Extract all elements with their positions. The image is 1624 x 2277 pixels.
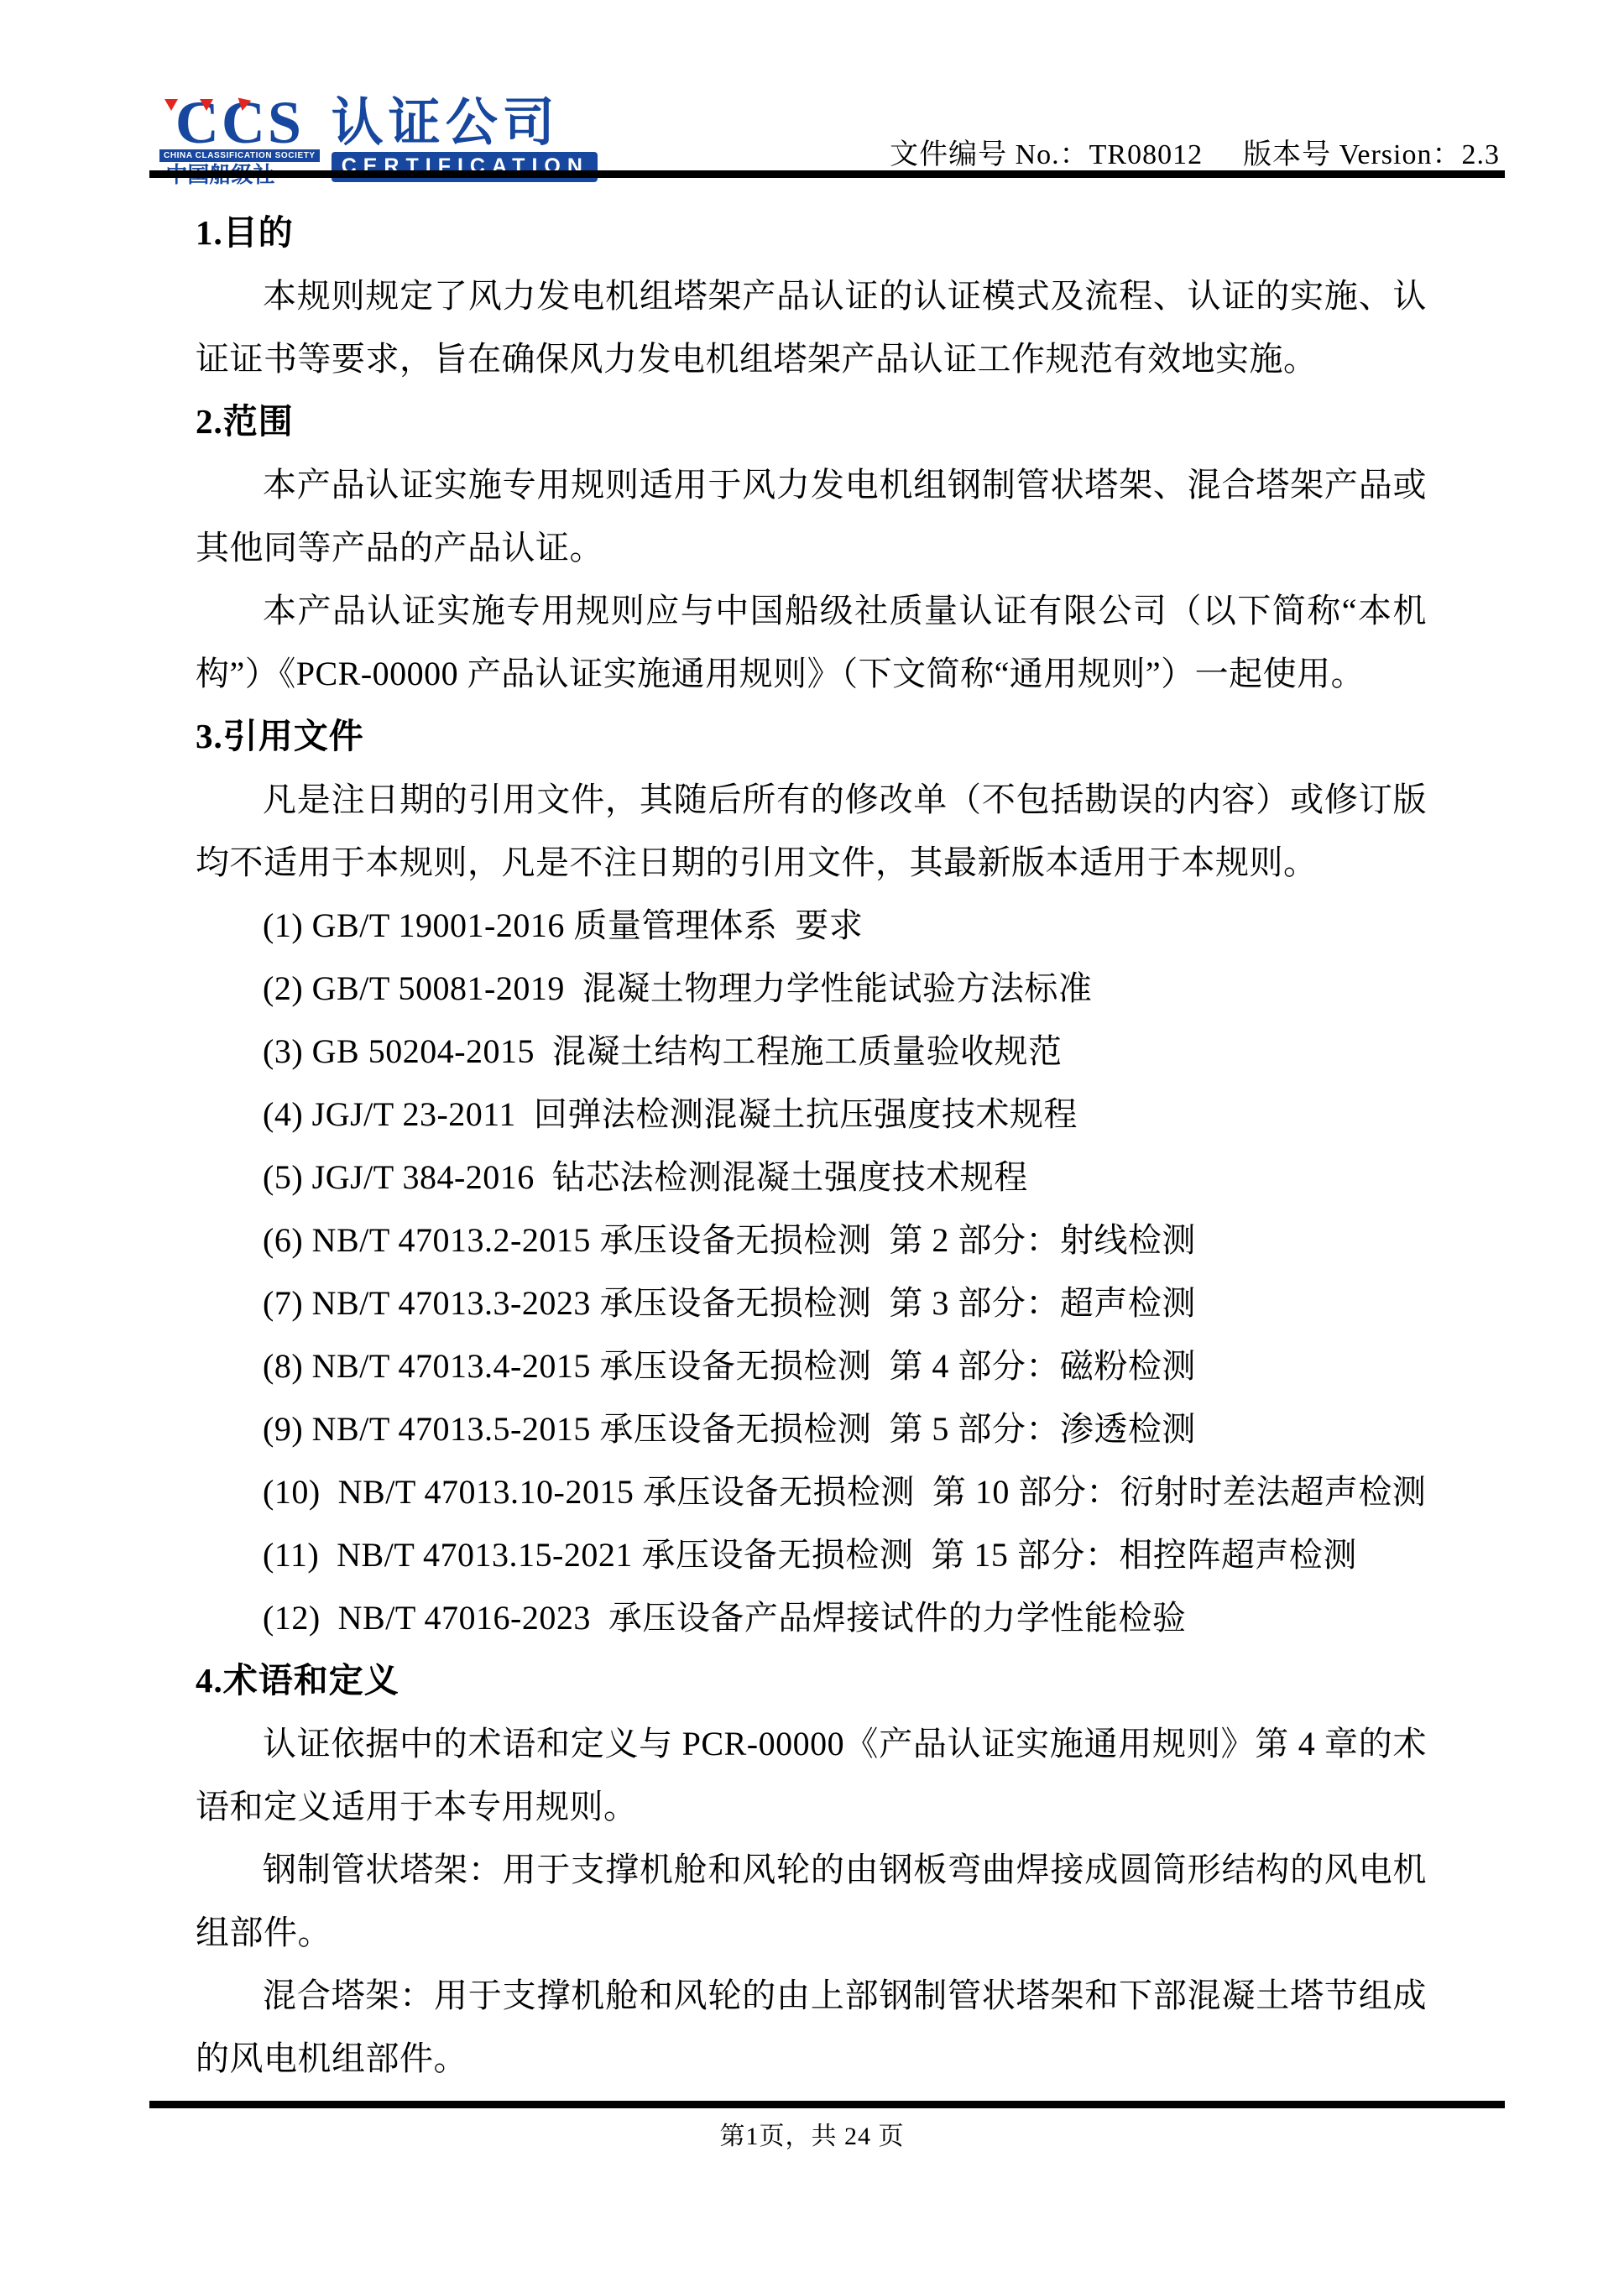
document-page: CCS CHINA CLASSIFICATION SOCIETY 中国船级社 认… bbox=[0, 0, 1624, 2277]
page-number: 第1页，共 24 页 bbox=[0, 2115, 1624, 2152]
ccs-logo-accent-icon bbox=[200, 99, 213, 111]
section-4-paragraph: 混合塔架：用于支撑机舱和风轮的由上部钢制管状塔架和下部混凝土塔节组成的风电机组部… bbox=[196, 1964, 1427, 2090]
reference-item: (3) GB 50204-2015 混凝土结构工程施工质量验收规范 bbox=[196, 1020, 1427, 1083]
company-cn-label: 认证公司 bbox=[332, 97, 598, 149]
header-meta: 文件编号 No.：TR08012版本号 Version：2.3 bbox=[890, 131, 1500, 172]
reference-item: (5) JGJ/T 384-2016 钻芯法检测混凝土强度技术规程 bbox=[196, 1146, 1427, 1209]
section-1-paragraph: 本规则规定了风力发电机组塔架产品认证的认证模式及流程、认证的实施、认证证书等要求… bbox=[196, 264, 1427, 390]
section-2-paragraph: 本产品认证实施专用规则适用于风力发电机组钢制管状塔架、混合塔架产品或其他同等产品… bbox=[196, 453, 1427, 579]
doc-number: 文件编号 No.：TR08012 bbox=[890, 139, 1203, 170]
section-3-title: 3.引用文件 bbox=[196, 705, 1427, 768]
reference-item: (11) NB/T 47013.15-2021 承压设备无损检测 第 15 部分… bbox=[196, 1523, 1427, 1586]
reference-item: (8) NB/T 47013.4-2015 承压设备无损检测 第 4 部分：磁粉… bbox=[196, 1334, 1427, 1397]
version-number: 版本号 Version：2.3 bbox=[1243, 139, 1500, 170]
reference-item: (2) GB/T 50081-2019 混凝土物理力学性能试验方法标准 bbox=[196, 957, 1427, 1020]
section-1-title: 1.目的 bbox=[196, 201, 1427, 264]
ccs-logo-accent-icon bbox=[164, 99, 178, 111]
reference-item: (10) NB/T 47013.10-2015 承压设备无损检测 第 10 部分… bbox=[196, 1460, 1427, 1523]
reference-item: (9) NB/T 47013.5-2015 承压设备无损检测 第 5 部分：渗透… bbox=[196, 1397, 1427, 1460]
section-2-title: 2.范围 bbox=[196, 390, 1427, 453]
header-rule bbox=[149, 170, 1505, 178]
reference-item: (6) NB/T 47013.2-2015 承压设备无损检测 第 2 部分：射线… bbox=[196, 1209, 1427, 1272]
reference-item: (4) JGJ/T 23-2011 回弹法检测混凝土抗压强度技术规程 bbox=[196, 1083, 1427, 1146]
section-3-paragraph: 凡是注日期的引用文件，其随后所有的修改单（不包括勘误的内容）或修订版均不适用于本… bbox=[196, 768, 1427, 894]
ccs-logo-right: 认证公司 CERTIFICATION bbox=[332, 97, 598, 182]
section-4-paragraph: 认证依据中的术语和定义与 PCR-00000《产品认证实施通用规则》第 4 章的… bbox=[196, 1712, 1427, 1838]
document-body: 1.目的 本规则规定了风力发电机组塔架产品认证的认证模式及流程、认证的实施、认证… bbox=[196, 201, 1427, 2090]
section-4-paragraph: 钢制管状塔架：用于支撑机舱和风轮的由钢板弯曲焊接成圆筒形结构的风电机组部件。 bbox=[196, 1838, 1427, 1964]
section-4-title: 4.术语和定义 bbox=[196, 1649, 1427, 1712]
reference-item: (1) GB/T 19001-2016 质量管理体系 要求 bbox=[196, 894, 1427, 957]
reference-item: (12) NB/T 47016-2023 承压设备产品焊接试件的力学性能检验 bbox=[196, 1586, 1427, 1649]
footer-rule bbox=[149, 2101, 1505, 2108]
section-2-paragraph: 本产品认证实施专用规则应与中国船级社质量认证有限公司（以下简称“本机构”）《PC… bbox=[196, 579, 1427, 705]
ccs-logo-accent-icon bbox=[236, 97, 252, 112]
reference-item: (7) NB/T 47013.3-2023 承压设备无损检测 第 3 部分：超声… bbox=[196, 1272, 1427, 1334]
